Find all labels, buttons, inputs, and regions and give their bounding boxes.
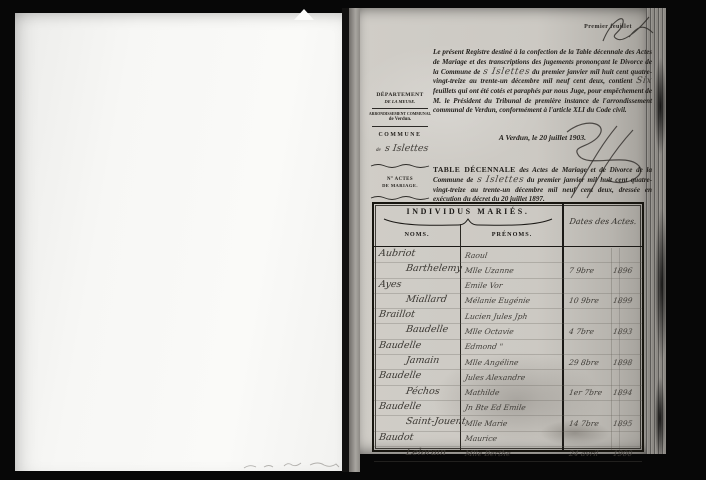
table-row: Braillot Lucien Jules Jph bbox=[374, 309, 642, 324]
row-date: 4 7bre bbox=[568, 327, 594, 336]
intro-tail: feuillets qui ont été cotés et paraphés … bbox=[433, 87, 652, 114]
marriage-acts-table: INDIVIDUS MARIÉS. NOMS. PRÉNOMS. Dates d… bbox=[372, 202, 644, 452]
pencil-inscription bbox=[240, 458, 345, 474]
row-prenoms: Mathilde bbox=[464, 388, 500, 397]
departement-label: DÉPARTEMENT bbox=[366, 92, 434, 98]
table-row: Aubriot Raoul bbox=[374, 248, 642, 263]
row-date: 24 avril bbox=[568, 449, 599, 458]
header-underline bbox=[374, 246, 642, 247]
row-prenoms: Mlle Uzanne bbox=[464, 266, 514, 275]
row-date: 10 9bre bbox=[568, 296, 599, 305]
binding-gutter-shadow bbox=[342, 8, 349, 472]
column-header-dates: Dates des Actes. bbox=[563, 217, 642, 226]
margin-rule bbox=[372, 108, 428, 109]
row-prenoms: Maurice bbox=[464, 434, 497, 443]
actes-label: N° ACTES bbox=[366, 177, 434, 182]
row-prenoms: Mlle Berthe bbox=[464, 449, 511, 458]
column-header-noms: NOMS. bbox=[374, 231, 460, 238]
row-prenoms: Lucien Jules Jph bbox=[464, 312, 528, 321]
arrondissement-sub-label: de Verdun. bbox=[366, 117, 434, 122]
table-row: Baudelle Jn Bte Ed Emile bbox=[374, 401, 642, 416]
row-prenoms: Emile Vor bbox=[464, 281, 503, 290]
commune-de-label: de bbox=[376, 148, 381, 153]
row-nom: Barthelemy bbox=[405, 263, 463, 274]
table-group-header: INDIVIDUS MARIÉS. bbox=[374, 207, 562, 216]
actes-sub-label: DE MARIAGE. bbox=[366, 183, 434, 188]
row-prenoms: Edmond " bbox=[464, 342, 503, 351]
row-nom: Jamain bbox=[405, 355, 440, 366]
row-date: 29 8bre bbox=[568, 358, 599, 367]
row-nom: Saint-Jouent bbox=[405, 416, 466, 427]
table-title-paragraph: TABLE DÉCENNALE des Actes de Mariage et … bbox=[433, 165, 652, 205]
row-nom: Péchos bbox=[405, 386, 440, 397]
scanned-registry-spread: Premier feuillet Le présent Registre des… bbox=[0, 0, 706, 480]
row-prenoms: Mélanie Eugénie bbox=[464, 296, 530, 305]
header-brace bbox=[382, 218, 554, 228]
table-rows: Aubriot Raoul Barthelemy Mlle Uzanne 7 9… bbox=[374, 248, 642, 450]
row-date: 7 9bre bbox=[568, 266, 594, 275]
row-nom: Baudelle bbox=[405, 324, 449, 335]
row-year: 1898 bbox=[612, 358, 641, 367]
table-row: Miallard Mélanie Eugénie 10 9bre 1899 bbox=[374, 294, 642, 309]
row-year: 1899 bbox=[612, 296, 641, 305]
row-year: 1894 bbox=[612, 388, 641, 397]
binding-gutter-edge bbox=[349, 8, 360, 472]
wavy-rule bbox=[370, 194, 430, 201]
paper-smudge bbox=[540, 420, 610, 446]
table-row: Baudelle Mlle Octavie 4 7bre 1893 bbox=[374, 324, 642, 339]
handwritten-feuillets-fill: Six bbox=[635, 77, 652, 87]
row-year: 1896 bbox=[612, 266, 641, 275]
wavy-rule bbox=[370, 162, 430, 169]
row-nom: Baudelle bbox=[378, 370, 422, 381]
row-prenoms: Jules Alexandre bbox=[464, 373, 526, 382]
margin-rule bbox=[372, 126, 428, 127]
arrondissement-label: ARRONDISSEMENT COMMUNAL bbox=[366, 112, 434, 116]
row-nom: Baudelle bbox=[378, 340, 422, 351]
handwritten-commune-name: s Islettes bbox=[384, 143, 429, 154]
row-prenoms: Mlle Angéline bbox=[464, 358, 519, 367]
row-prenoms: Raoul bbox=[464, 251, 488, 260]
table-row: Baudelle Edmond " bbox=[374, 340, 642, 355]
row-year: 1893 bbox=[612, 327, 641, 336]
row-nom: Baudot bbox=[378, 432, 414, 443]
handwritten-commune-fill: s Islettes bbox=[476, 176, 524, 186]
row-prenoms: Mlle Octavie bbox=[464, 327, 514, 336]
row-nom: Aubriot bbox=[378, 248, 416, 259]
margin-column: DÉPARTEMENT DE LA MEUSE. ARRONDISSEMENT … bbox=[366, 92, 434, 206]
row-nom: Braillot bbox=[378, 309, 416, 320]
departement-sub-label: DE LA MEUSE. bbox=[366, 99, 434, 104]
table-row: Baudelle Jules Alexandre bbox=[374, 370, 642, 385]
table-row: Ayes Emile Vor bbox=[374, 279, 642, 294]
row-nom: Ayes bbox=[378, 279, 402, 290]
row-prenoms: Mlle Marie bbox=[464, 419, 508, 428]
column-header-prenoms: PRÉNOMS. bbox=[462, 231, 562, 238]
row-year: 1895 bbox=[612, 419, 641, 428]
intro-paragraph: Le présent Registre destiné à la confect… bbox=[433, 48, 652, 116]
row-nom: Baudelle bbox=[378, 401, 422, 412]
table-row: Lelorain Mlle Berthe 24 avril 1900 bbox=[374, 447, 642, 462]
table-title-heading: TABLE DÉCENNALE bbox=[433, 165, 516, 174]
table-row: Péchos Mathilde 1er 7bre 1894 bbox=[374, 386, 642, 401]
row-year: 1900 bbox=[612, 449, 641, 458]
table-row: Jamain Mlle Angéline 29 8bre 1898 bbox=[374, 355, 642, 370]
left-blank-page bbox=[15, 13, 342, 471]
row-nom: Miallard bbox=[405, 294, 448, 305]
row-date: 1er 7bre bbox=[568, 388, 603, 397]
row-prenoms: Jn Bte Ed Emile bbox=[464, 403, 526, 412]
table-row: Barthelemy Mlle Uzanne 7 9bre 1896 bbox=[374, 263, 642, 278]
judge-paraph-mark bbox=[597, 11, 659, 49]
row-nom: Lelorain bbox=[405, 447, 447, 458]
handwritten-commune-fill: s Islettes bbox=[482, 68, 530, 78]
